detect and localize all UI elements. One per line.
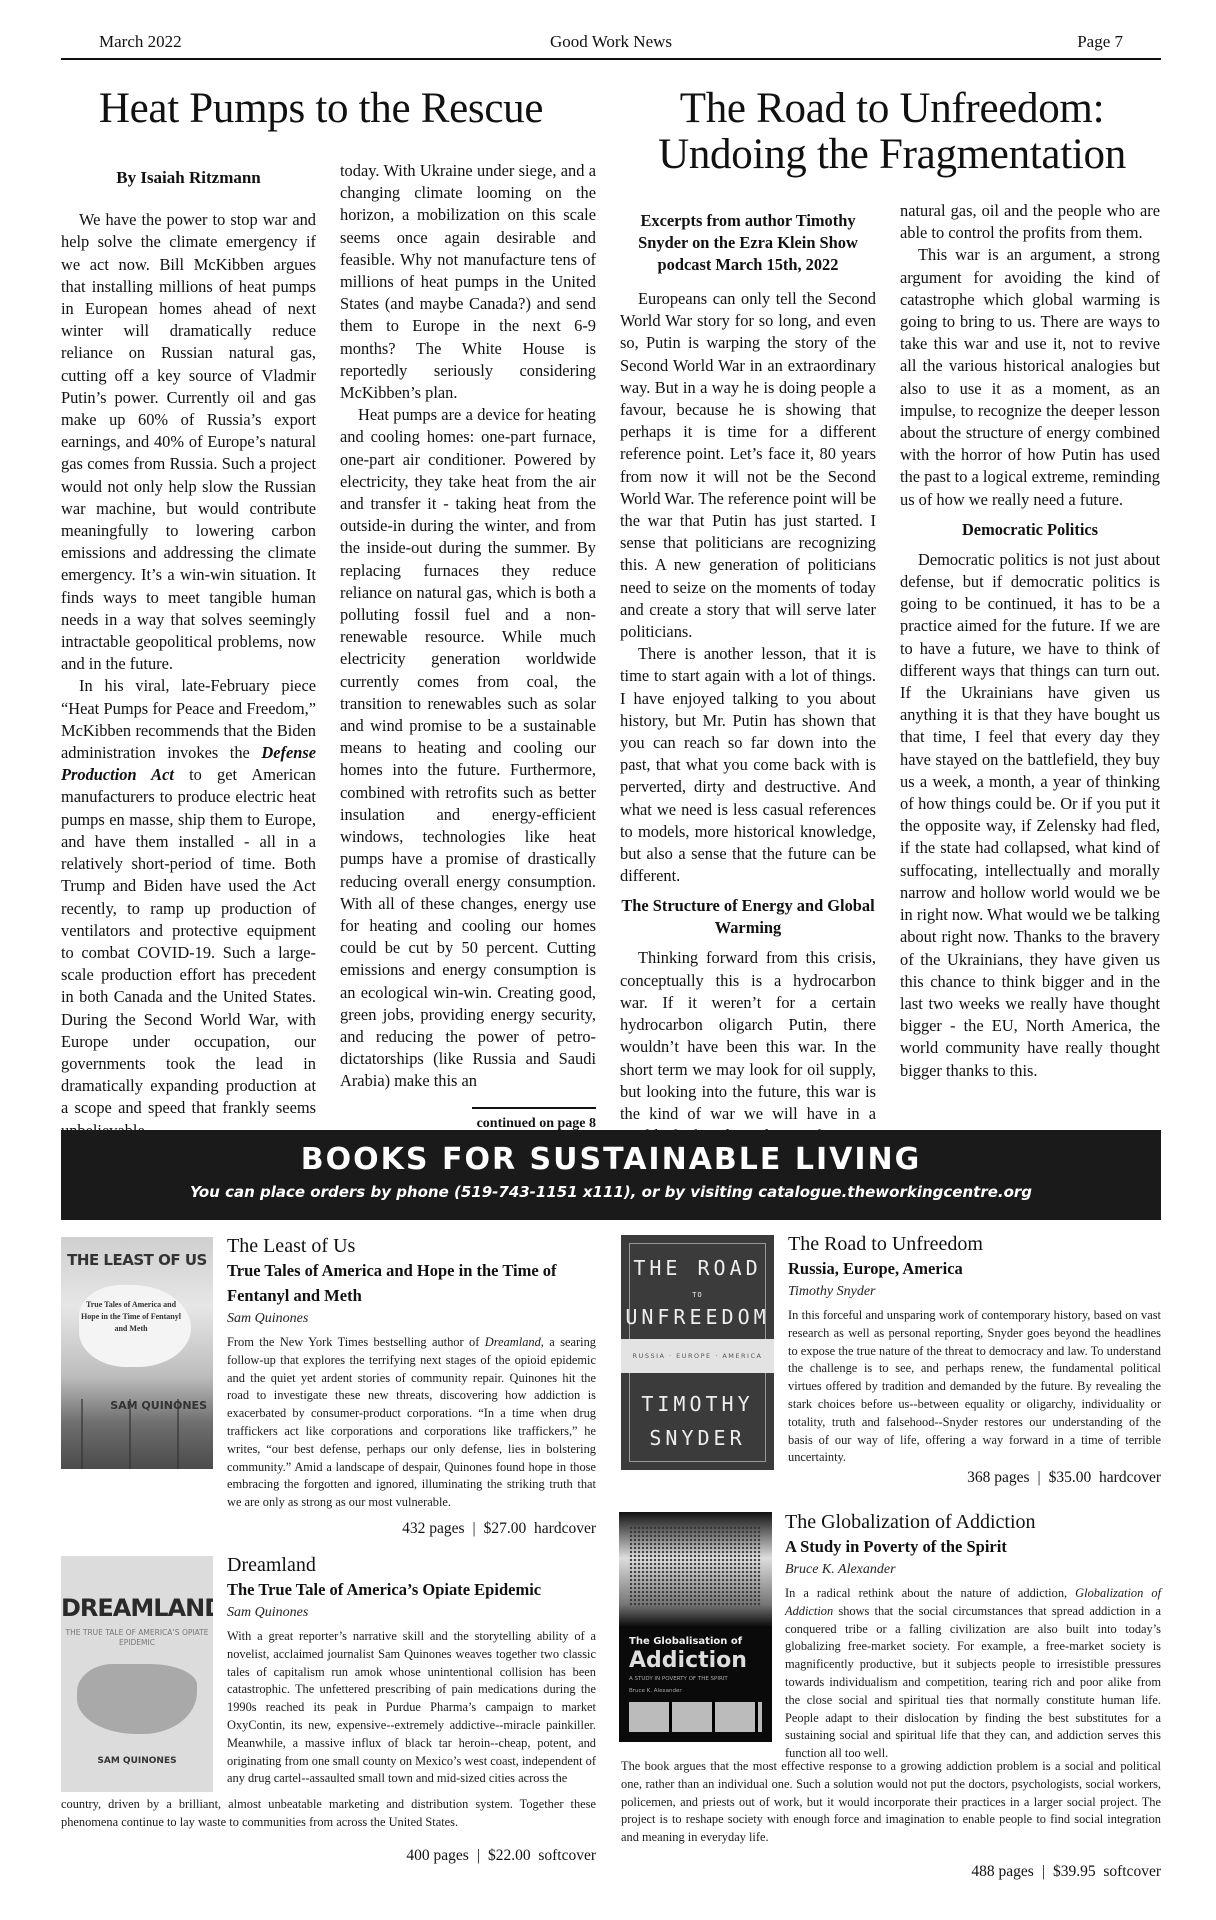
road-to-unfreedom-headline: The Road to Unfreedom: Undoing the Fragm…	[622, 86, 1162, 179]
book-cover-image: DREAMLAND THE TRUE TALE OF AMERICA’S OPI…	[61, 1556, 213, 1792]
article-paragraph: Heat pumps are a device for heating and …	[340, 404, 596, 1092]
book-description-continued: The book argues that the most effective …	[621, 1758, 1161, 1847]
article-paragraph: Democratic politics is not just about de…	[900, 549, 1160, 1082]
banner-title: BOOKS FOR SUSTAINABLE LIVING	[61, 1142, 1161, 1177]
book-title: The Road to Unfreedom	[788, 1232, 1161, 1256]
section-subhead: Democratic Politics	[900, 519, 1160, 541]
book-listing-globalization-of-addiction: The Globalisation of Addiction A STUDY I…	[619, 1510, 1161, 1890]
book-listing-road-to-unfreedom: THE ROADTOUNFREEDOM RUSSIA · EUROPE · AM…	[621, 1232, 1161, 1502]
masthead: March 2022 Good Work News Page 7	[61, 30, 1161, 60]
article-paragraph: Europeans can only tell the Second World…	[620, 288, 876, 643]
unfreedom-column-2: natural gas, oil and the people who are …	[900, 200, 1160, 1082]
book-description: From the New York Times bestselling auth…	[227, 1334, 596, 1512]
book-author: Bruce K. Alexander	[785, 1559, 1161, 1581]
book-author: Sam Quinones	[227, 1308, 596, 1330]
byline: By Isaiah Ritzmann	[61, 167, 316, 189]
books-banner: BOOKS FOR SUSTAINABLE LIVING You can pla…	[61, 1130, 1161, 1220]
book-description-continued: country, driven by a brilliant, almost u…	[61, 1796, 596, 1832]
book-price-line: 368 pages|$35.00 hardcover	[788, 1469, 1161, 1487]
book-listing-least-of-us: THE LEAST OF US True Tales of America an…	[61, 1234, 596, 1544]
book-title: Dreamland	[227, 1553, 596, 1577]
book-subtitle: A Study in Poverty of the Spirit	[785, 1534, 1161, 1559]
article-paragraph: We have the power to stop war and help s…	[61, 209, 316, 675]
book-title: The Globalization of Addiction	[785, 1510, 1161, 1534]
article-paragraph: Thinking forward from this crisis, conce…	[620, 947, 876, 1147]
book-author: Sam Quinones	[227, 1602, 596, 1624]
publication-name: Good Work News	[61, 32, 1161, 52]
book-title: The Least of Us	[227, 1234, 596, 1258]
heat-pumps-column-2: today. With Ukraine under siege, and a c…	[340, 160, 596, 1135]
book-price-line: 400 pages|$22.00 softcover	[61, 1847, 596, 1865]
article-paragraph: natural gas, oil and the people who are …	[900, 200, 1160, 244]
article-paragraph: today. With Ukraine under siege, and a c…	[340, 160, 596, 404]
heat-pumps-column-1: By Isaiah Ritzmann We have the power to …	[61, 163, 316, 1142]
article-paragraph: There is another lesson, that it is time…	[620, 643, 876, 887]
book-cover-image: The Globalisation of Addiction A STUDY I…	[619, 1512, 772, 1742]
book-author: Timothy Snyder	[788, 1281, 1161, 1303]
heat-pumps-headline: Heat Pumps to the Rescue	[61, 86, 581, 132]
article-paragraph: In his viral, late-February piece “Heat …	[61, 675, 316, 1141]
book-price-line: 432 pages|$27.00 hardcover	[227, 1520, 596, 1538]
book-subtitle: True Tales of America and Hope in the Ti…	[227, 1258, 596, 1308]
book-subtitle: Russia, Europe, America	[788, 1256, 1161, 1281]
book-description: With a great reporter’s narrative skill …	[227, 1628, 596, 1788]
book-listing-dreamland: DREAMLAND THE TRUE TALE OF AMERICA’S OPI…	[61, 1553, 596, 1883]
book-price-line: 488 pages|$39.95 softcover	[619, 1863, 1161, 1881]
article-paragraph: This war is an argument, a strong argume…	[900, 244, 1160, 510]
book-description: In this forceful and unsparing work of c…	[788, 1307, 1161, 1467]
book-cover-image: THE LEAST OF US True Tales of America an…	[61, 1237, 213, 1469]
article-intro: Excerpts from author Timothy Snyder on t…	[620, 210, 876, 276]
book-cover-image: THE ROADTOUNFREEDOM RUSSIA · EUROPE · AM…	[621, 1235, 774, 1470]
book-subtitle: The True Tale of America’s Opiate Epidem…	[227, 1577, 596, 1602]
banner-order-info: You can place orders by phone (519-743-1…	[61, 1183, 1161, 1201]
section-subhead: The Structure of Energy and Global Warmi…	[620, 895, 876, 939]
page-number: Page 7	[1077, 32, 1123, 52]
unfreedom-column-1: Excerpts from author Timothy Snyder on t…	[620, 208, 876, 1147]
book-description: In a radical rethink about the nature of…	[785, 1585, 1161, 1763]
